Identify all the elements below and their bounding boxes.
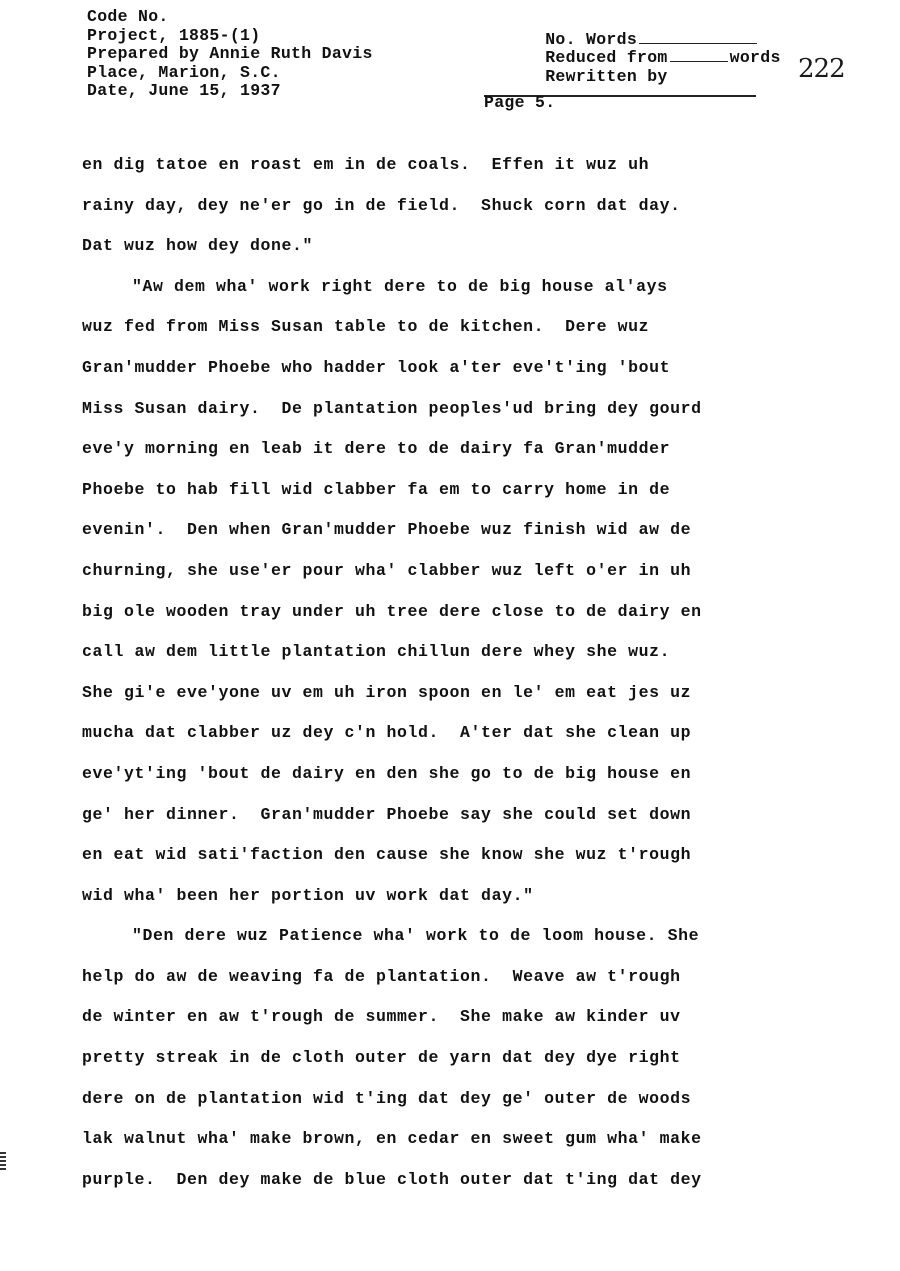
- text-line: en dig tatoe en roast em in de coals. Ef…: [82, 151, 802, 192]
- text-line: wid wha' been her portion uv work dat da…: [82, 882, 802, 923]
- text-line: call aw dem little plantation chillun de…: [82, 638, 802, 679]
- text-line: lak walnut wha' make brown, en cedar en …: [82, 1125, 802, 1166]
- text-line: dere on de plantation wid t'ing dat dey …: [82, 1085, 802, 1126]
- text-line: big ole wooden tray under uh tree dere c…: [82, 598, 802, 639]
- typewritten-document-page: Code No. Project, 1885-(1) Prepared by A…: [0, 0, 900, 1271]
- text-line: purple. Den dey make de blue cloth outer…: [82, 1166, 802, 1207]
- text-line: Dat wuz how dey done.": [82, 232, 802, 273]
- text-line: help do aw de weaving fa de plantation. …: [82, 963, 802, 1004]
- text-line: en eat wid sati'faction den cause she kn…: [82, 841, 802, 882]
- project: Project, 1885-(1): [87, 27, 373, 46]
- text-line: de winter en aw t'rough de summer. She m…: [82, 1003, 802, 1044]
- no-words-row: No. Words: [484, 12, 781, 31]
- text-line: Miss Susan dairy. De plantation peoples'…: [82, 395, 802, 436]
- text-line: "Den dere wuz Patience wha' work to de l…: [82, 922, 802, 963]
- text-line: rainy day, dey ne'er go in de field. Shu…: [82, 192, 802, 233]
- text-line: mucha dat clabber uz dey c'n hold. A'ter…: [82, 719, 802, 760]
- text-line: pretty streak in de cloth outer de yarn …: [82, 1044, 802, 1085]
- text-line: Phoebe to hab fill wid clabber fa em to …: [82, 476, 802, 517]
- text-line: She gi'e eve'yone uv em uh iron spoon en…: [82, 679, 802, 720]
- stamped-page-number: 222: [798, 54, 845, 84]
- text-line: Gran'mudder Phoebe who hadder look a'ter…: [82, 354, 802, 395]
- margin-smudge: [0, 1152, 6, 1170]
- text-line: "Aw dem wha' work right dere to de big h…: [82, 273, 802, 314]
- reduced-from-row: Reduced fromwords: [484, 31, 781, 50]
- header-left-block: Code No. Project, 1885-(1) Prepared by A…: [87, 8, 373, 101]
- text-line: ge' her dinner. Gran'mudder Phoebe say s…: [82, 801, 802, 842]
- rewritten-by-label: Rewritten by: [545, 67, 667, 86]
- text-line: wuz fed from Miss Susan table to de kitc…: [82, 313, 802, 354]
- rewritten-by-row: Rewritten by: [484, 49, 781, 68]
- text-line: eve'yt'ing 'bout de dairy en den she go …: [82, 760, 802, 801]
- body-text: en dig tatoe en roast em in de coals. Ef…: [82, 151, 802, 1206]
- date: Date, June 15, 1937: [87, 82, 373, 101]
- code-no: Code No.: [87, 8, 373, 27]
- text-line: evenin'. Den when Gran'mudder Phoebe wuz…: [82, 516, 802, 557]
- page-number: Page 5.: [484, 93, 555, 112]
- place: Place, Marion, S.C.: [87, 64, 373, 83]
- prepared-by: Prepared by Annie Ruth Davis: [87, 45, 373, 64]
- text-line: eve'y morning en leab it dere to de dair…: [82, 435, 802, 476]
- text-line: churning, she use'er pour wha' clabber w…: [82, 557, 802, 598]
- header-right-block: No. Words Reduced fromwords Rewritten by: [484, 12, 781, 68]
